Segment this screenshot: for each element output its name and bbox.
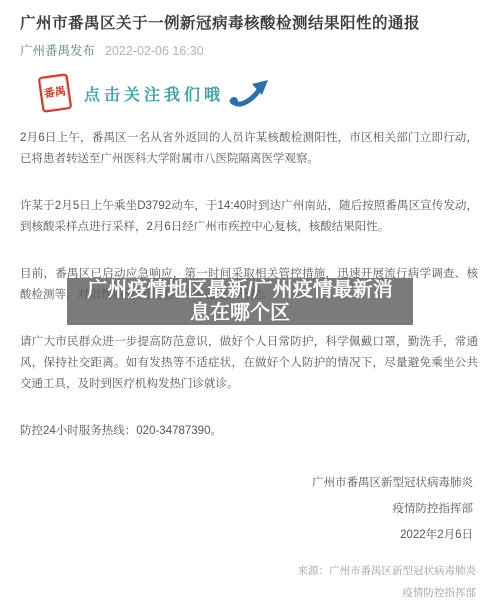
- source-line-org: 来源：广州市番禺区新型冠状病毒肺炎: [20, 560, 476, 582]
- article-paragraph-1: 2月6日上午，番禺区一名从省外返回的人员许某核酸检测阳性，市区相关部门立即行动，…: [20, 128, 478, 170]
- signature-line-date: 2022年2月6日: [20, 522, 473, 548]
- signature-block: 广州市番禺区新型冠状病毒肺炎 疫情防控指挥部 2022年2月6日: [20, 470, 478, 548]
- follow-arrow-icon: [228, 78, 270, 108]
- watermark-overlay: 广州疫情地区最新/广州疫情最新消息在哪个区: [67, 278, 413, 325]
- watermark-text: 广州疫情地区最新/广州疫情最新消息在哪个区: [87, 279, 393, 324]
- follow-banner[interactable]: 番禺 点击关注我们哦: [20, 71, 478, 115]
- publish-timestamp: 2022-02-06 16:30: [105, 44, 204, 58]
- article-page: { "article": { "title": "广州市番禺区关于一例新冠病毒核…: [0, 0, 500, 604]
- seal-icon: 番禺: [38, 73, 73, 113]
- article-paragraph-4: 请广大市民群众进一步提高防范意识，做好个人日常防护，科学佩戴口罩，勤洗手，常通风…: [20, 332, 478, 395]
- seal-label: 番禺: [42, 85, 67, 100]
- account-name-link[interactable]: 广州番禺发布: [20, 44, 95, 58]
- signature-line-dept: 疫情防控指挥部: [20, 496, 473, 522]
- article-paragraph-2: 许某于2月5日上午乘坐D3792动车，于14:40时到达广州南站，随后按照番禺区…: [20, 196, 478, 238]
- follow-banner-label: 点击关注我们哦: [84, 82, 224, 105]
- article-paragraph-hotline: 防控24小时服务热线：020-34787390。: [20, 421, 478, 442]
- signature-line-org: 广州市番禺区新型冠状病毒肺炎: [20, 470, 473, 496]
- byline: 广州番禺发布2022-02-06 16:30: [20, 43, 478, 59]
- source-line-dept: 疫情防控指挥部: [20, 582, 476, 604]
- source-block: 来源：广州市番禺区新型冠状病毒肺炎 疫情防控指挥部: [20, 560, 478, 604]
- article-title: 广州市番禺区关于一例新冠病毒核酸检测结果阳性的通报: [20, 13, 478, 35]
